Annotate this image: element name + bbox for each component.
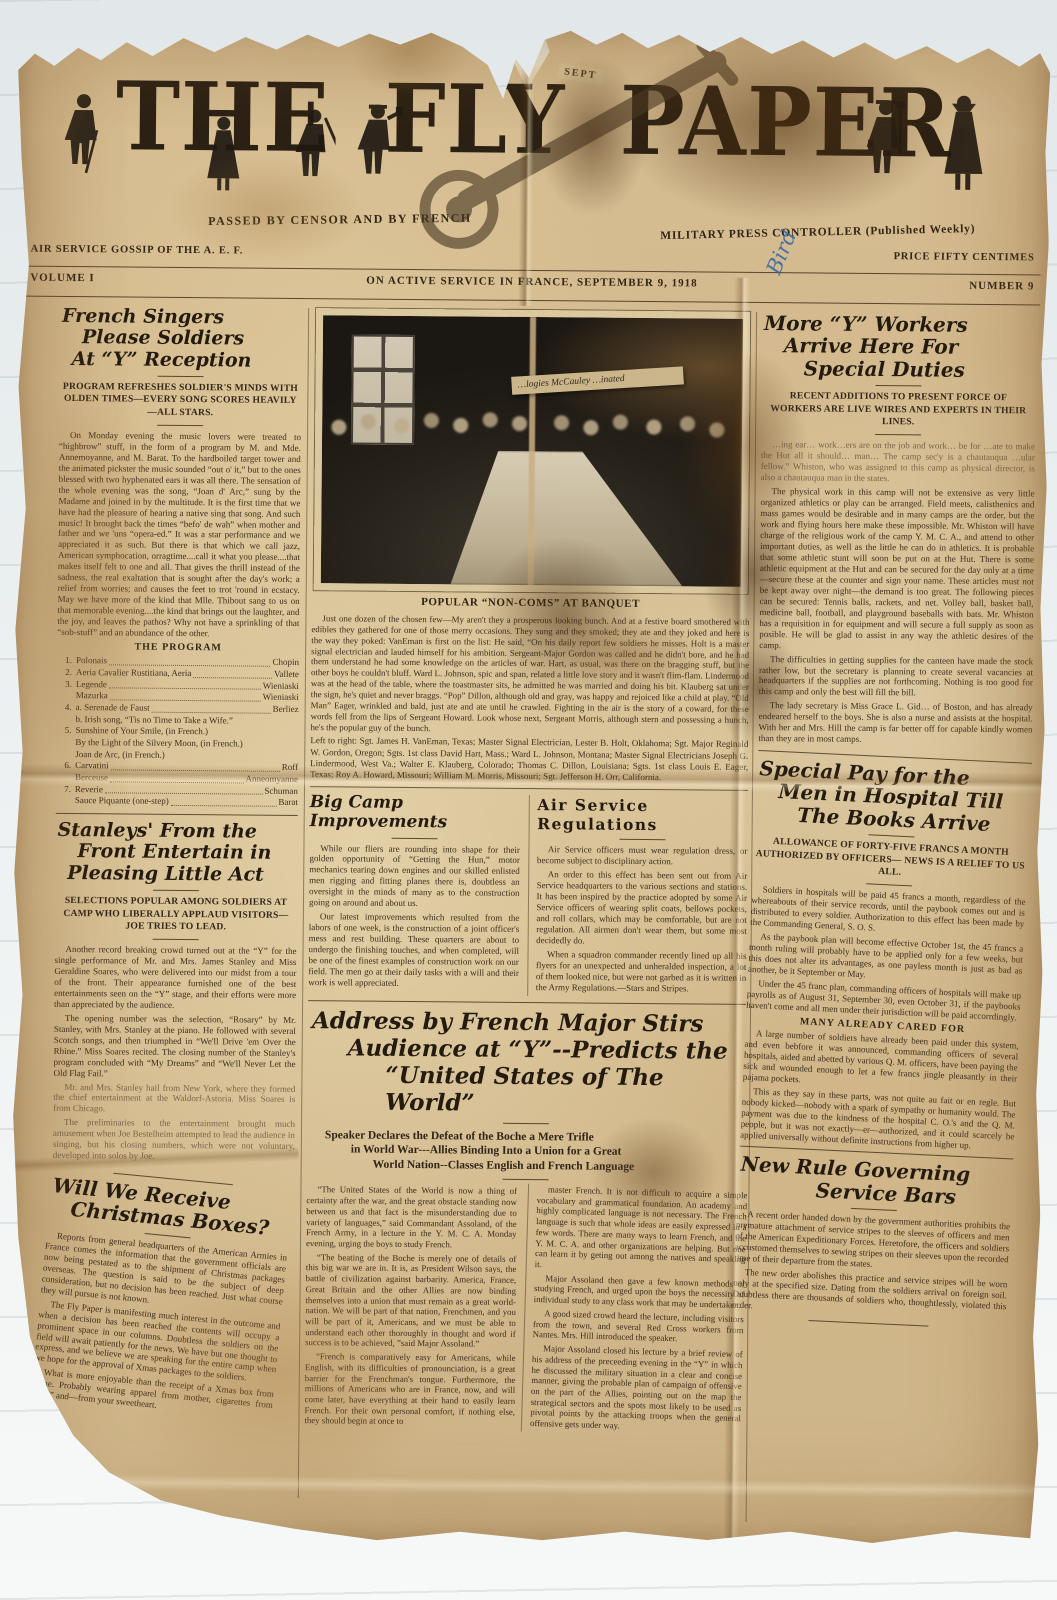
divider [619, 839, 665, 840]
headline-air-regulations: Air Service Regulations [537, 796, 748, 836]
divider [503, 1122, 549, 1123]
paragraph: Major Assoland closed his lecture by a b… [529, 1343, 742, 1435]
soldier-with-mug-figure [355, 102, 404, 194]
headline-stanleys: Stanleys' From the Front Entertain in Pl… [55, 820, 298, 886]
article-french-major: Address by French Major Stirs Audience a… [304, 1007, 746, 1436]
program-title: THE PROGRAM [57, 641, 299, 654]
french-major-columns: “The United States of the World is now a… [304, 1184, 744, 1436]
banquet-paragraph: Just one dozen of the chosen few—My aren… [310, 613, 749, 736]
subhead-stanleys: SELECTIONS POPULAR AMONG SOLDIERS AT CAM… [57, 895, 295, 935]
divider [145, 1233, 191, 1238]
divider [876, 385, 922, 386]
left-column: French Singers Please Soldiers At “Y” Re… [51, 306, 303, 1406]
photo-names-list: Left to right: Sgt. James H. VanEman, Te… [310, 736, 748, 785]
divider [153, 890, 199, 891]
photo-of-newspaper: THE FLY PAPER SEPT Bird PASSED BY CENSOR… [0, 0, 1057, 1600]
subhead-hospital-pay: ALLOWANCE OF FORTY-FIVE FRANCS A MONTH A… [755, 835, 1026, 886]
paragraph: A recent order handed down by the govern… [734, 1209, 1010, 1277]
headline-french-singers: French Singers Please Soldiers At “Y” Re… [60, 306, 303, 372]
divider [503, 1179, 549, 1180]
paragraph: Major Assoland then gave a few known met… [533, 1273, 744, 1311]
divider [851, 1208, 897, 1211]
gossip-line: AIR SERVICE GOSSIP OF THE A. E. F. [31, 244, 244, 257]
headline-french-major: Address by French Major Stirs Audience a… [307, 1007, 746, 1119]
article-y-workers: More “Y” Workers Arrive Here For Special… [758, 312, 1036, 747]
paragraph: The physical work in this camp will not … [759, 486, 1034, 653]
paragraph: Another record breaking crowd turned out… [54, 944, 297, 1012]
paragraph: Air Service officers must wear regulatio… [537, 845, 748, 869]
article-christmas-boxes: Will We Receive Christmas Boxes? Reports… [30, 1167, 293, 1422]
paragraph: The difficulties in getting supplies for… [759, 654, 1033, 700]
article-air-regulations: Air Service Regulations Air Service offi… [527, 795, 748, 998]
paragraph: An order to this effect has been sent ou… [536, 869, 747, 948]
paragraph: The new order abolishes this practice an… [732, 1267, 1008, 1324]
article-camp-improvements: Big Camp Improvements While our fliers a… [308, 794, 528, 996]
bottom-light-band [6, 1473, 1038, 1498]
section-rule [308, 1000, 746, 1005]
torn-paper-scrap: …logies McCauley …inated [511, 366, 684, 394]
section-rule [310, 787, 748, 792]
paragraph: “The beating of the Boche is merely one … [305, 1252, 516, 1350]
french-major-col2: master French. It is not difficult to ac… [520, 1184, 747, 1438]
middle-subcolumns: Big Camp Improvements While our fliers a… [308, 794, 748, 998]
worker-figure [293, 108, 336, 196]
divider [866, 884, 912, 887]
headline-service-bars: New Rule Governing Service Bars [737, 1153, 1013, 1211]
divider [868, 835, 914, 838]
headline-y-workers: More “Y” Workers Arrive Here For Special… [762, 312, 1037, 382]
divider [392, 837, 438, 838]
divider [153, 939, 199, 940]
issue-number: NUMBER 9 [969, 280, 1034, 293]
headline-hospital-pay: Special Pay for the Men in Hospital Till… [755, 757, 1032, 837]
volume-date-row: VOLUME I ON ACTIVE SERVICE IN FRANCE, SE… [30, 272, 1034, 293]
woman-figure-left [203, 115, 244, 195]
woman-figure-right [937, 94, 990, 198]
article-french-singers: French Singers Please Soldiers At “Y” Re… [56, 306, 302, 809]
paragraph: Our latest improvements which resulted f… [308, 911, 519, 990]
end-rule [808, 1320, 928, 1327]
article-service-bars: New Rule Governing Service Bars A recent… [732, 1153, 1013, 1330]
paragraph-damaged: …ing ear… work…ers are on the job and wo… [761, 439, 1035, 485]
masthead-rule-bottom [24, 296, 1040, 306]
paragraph: While our fliers are rounding into shape… [309, 843, 520, 911]
subhead-y-workers: RECENT ADDITIONS TO PRESENT FORCE OF WOR… [763, 390, 1033, 430]
paragraph-faded: Mr. and Mrs. Stanley hail from New York,… [53, 1081, 295, 1116]
paragraph: On Monday evening the music lovers were … [57, 430, 301, 641]
dateline: ON ACTIVE SERVICE IN FRANCE, SEPTEMBER 9… [95, 272, 970, 292]
newspaper-page: THE FLY PAPER SEPT Bird PASSED BY CENSOR… [5, 22, 1050, 1551]
paragraph: “French is comparatively easy for Americ… [304, 1351, 515, 1428]
french-major-col1: “The United States of the World is now a… [304, 1184, 525, 1434]
photo-caption: POPULAR “NON-COMS” AT BANQUET [312, 595, 750, 611]
paragraph: The lady secretary is Miss Grace L. Gid…… [758, 700, 1032, 746]
volume-label: VOLUME I [30, 272, 94, 285]
price-line: PRICE FIFTY CENTIMES [894, 251, 1035, 263]
divider [875, 434, 921, 435]
article-stanleys: Stanleys' From the Front Entertain in Pl… [53, 820, 298, 1163]
paragraph: This as they say in these parts, was not… [740, 1086, 1016, 1154]
section-rule [56, 813, 298, 816]
banquet-photo: …logies McCauley …inated [314, 308, 750, 594]
man-with-cane-figure [63, 92, 110, 188]
paragraph: When a squadron commander recently lined… [536, 949, 747, 995]
paragraph: “The United States of the World is now a… [306, 1184, 517, 1250]
headline-camp-improvements: Big Camp Improvements [310, 794, 521, 834]
middle-column: …logies McCauley …inated POPULAR “NON-CO… [304, 308, 752, 1436]
paragraph: The opening number was the selection, “R… [53, 1013, 296, 1081]
paragraph: master French. It is not difficult to ac… [534, 1184, 747, 1276]
deck-french-major: Speaker Declares the Defeat of the Boche… [307, 1128, 745, 1177]
soldier-with-shovel-figure [865, 99, 912, 195]
paragraph: A good sized crowd heard the lecture, in… [532, 1308, 743, 1346]
article-hospital-pay: Special Pay for the Men in Hospital Till… [740, 757, 1032, 1153]
paragraph-faded: The preliminaries to the entertainment b… [53, 1117, 295, 1163]
lower-right-sections: Special Pay for the Men in Hospital Till… [732, 750, 1032, 1330]
headline-christmas: Will We Receive Christmas Boxes? [48, 1174, 293, 1242]
masthead: THE FLY PAPER SEPT Bird PASSED BY CENSOR… [19, 22, 1051, 31]
divider [158, 376, 204, 377]
right-column: More “Y” Workers Arrive Here For Special… [753, 312, 1036, 1327]
program-item: Sauce Piquante (one-step)Barat [56, 795, 298, 809]
divider [157, 425, 203, 426]
subhead-french-singers: PROGRAM REFRESHES SOLDIER'S MINDS WITH O… [61, 381, 299, 421]
paragraph: A large number of soldiers have already … [743, 1028, 1019, 1096]
